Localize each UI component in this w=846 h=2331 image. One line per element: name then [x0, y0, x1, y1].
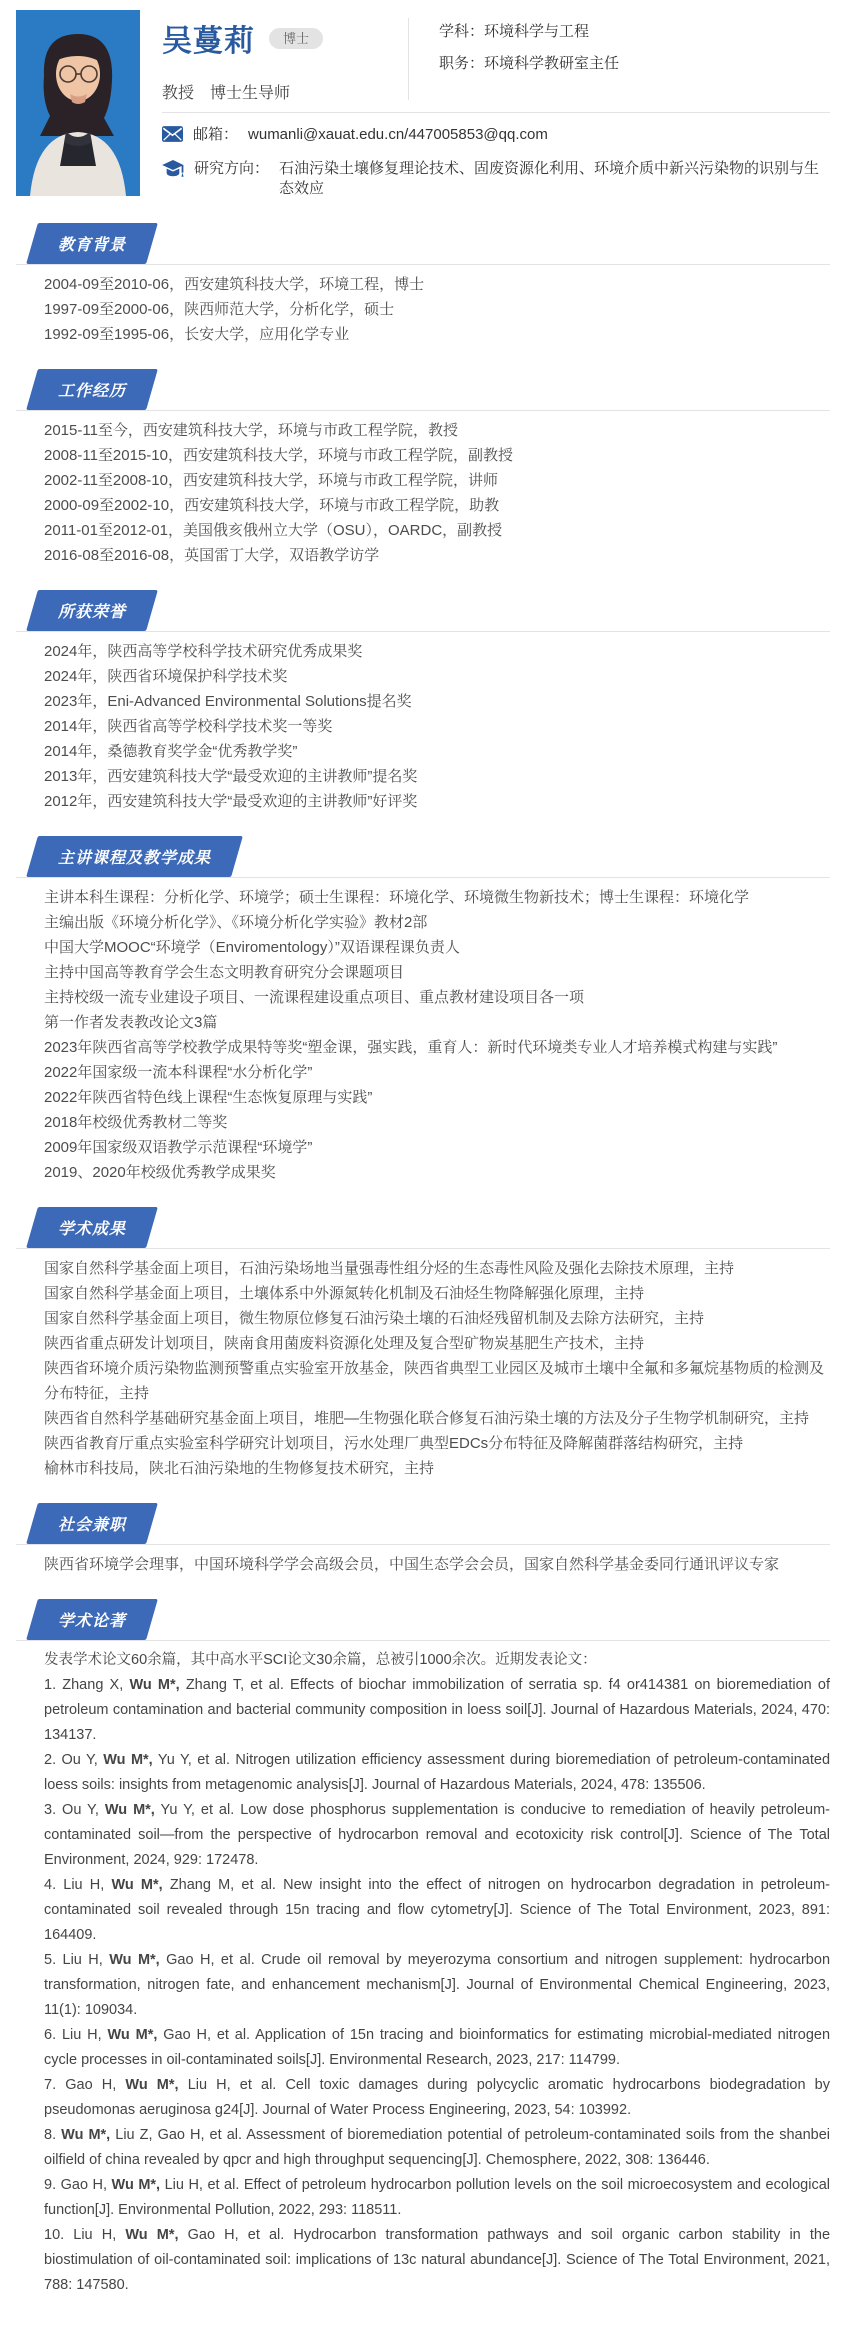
section-academic-header: 学术成果 — [16, 1207, 830, 1249]
teaching-item: 第一作者发表教改论文3篇 — [44, 1010, 830, 1035]
academic-item: 陕西省自然科学基础研究基金面上项目，堆肥—生物强化联合修复石油污染土壤的方法及分… — [44, 1406, 830, 1431]
section-academic: 学术成果 国家自然科学基金面上项目，石油污染场地当量强毒性组分烃的生态毒性风险及… — [16, 1207, 830, 1490]
section-teaching-title: 主讲课程及教学成果 — [58, 845, 211, 868]
teaching-item: 中国大学MOOC“环境学（Enviromentology）”双语课程课负责人 — [44, 935, 830, 960]
envelope-icon — [162, 126, 183, 148]
social-item: 陕西省环境学会理事，中国环境科学学会高级会员，中国生态学会会员，国家自然科学基金… — [44, 1552, 830, 1577]
publication-item: 2. Ou Y, Wu M*, Yu Y, et al. Nitrogen ut… — [44, 1748, 830, 1798]
section-work-badge: 工作经历 — [26, 369, 158, 410]
profile-photo — [16, 10, 140, 196]
section-teaching: 主讲课程及教学成果 主讲本科生课程：分析化学、环境学；硕士生课程：环境化学、环境… — [16, 836, 830, 1194]
faculty-profile-page: 吴蔓莉 博士 教授 博士生导师 学科：环境科学与工程 职务：环境科学教研室主任 — [0, 0, 846, 2331]
graduation-cap-icon — [162, 160, 184, 185]
subject-row: 学科：环境科学与工程 — [439, 20, 619, 41]
honor-item: 2013年，西安建筑科技大学“最受欢迎的主讲教师”提名奖 — [44, 764, 830, 789]
profile-header: 吴蔓莉 博士 教授 博士生导师 学科：环境科学与工程 职务：环境科学教研室主任 — [16, 10, 830, 210]
teaching-item: 2023年陕西省高等学校教学成果特等奖“塑金课，强实践，重育人：新时代环境类专业… — [44, 1035, 830, 1060]
academic-list: 国家自然科学基金面上项目，石油污染场地当量强毒性组分烃的生态毒性风险及强化去除技… — [16, 1249, 830, 1490]
education-item: 1992-09至1995-06，长安大学，应用化学专业 — [44, 322, 830, 347]
teaching-item: 2022年陕西省特色线上课程“生态恢复原理与实践” — [44, 1085, 830, 1110]
teaching-item: 主编出版《环境分析化学》、《环境分析化学实验》教材2部 — [44, 910, 830, 935]
subject-label: 学科： — [439, 23, 484, 40]
research-row: 研究方向： 石油污染土壤修复理论技术、固废资源化利用、环境介质中新兴污染物的识别… — [162, 159, 830, 199]
work-list: 2015-11至今，西安建筑科技大学，环境与市政工程学院，教授2008-11至2… — [16, 411, 830, 577]
work-item: 2011-01至2012-01，美国俄亥俄州立大学（OSU），OARDC，副教授 — [44, 518, 830, 543]
publications-intro: 发表学术论文60余篇，其中高水平SCI论文30余篇，总被引1000余次。近期发表… — [44, 1648, 830, 1673]
position-row: 职务：环境科学教研室主任 — [439, 52, 619, 73]
position-value: 环境科学教研室主任 — [484, 55, 619, 72]
publication-item: 9. Gao H, Wu M*, Liu H, et al. Effect of… — [44, 2173, 830, 2223]
honor-item: 2024年，陕西高等学校科学技术研究优秀成果奖 — [44, 639, 830, 664]
work-item: 2008-11至2015-10，西安建筑科技大学，环境与市政工程学院，副教授 — [44, 443, 830, 468]
section-education: 教育背景 2004-09至2010-06，西安建筑科技大学，环境工程，博士199… — [16, 223, 830, 356]
teaching-item: 2009年国家级双语教学示范课程“环境学” — [44, 1135, 830, 1160]
publication-item: 10. Liu H, Wu M*, Gao H, et al. Hydrocar… — [44, 2223, 830, 2298]
name-block: 吴蔓莉 博士 教授 博士生导师 — [162, 12, 408, 104]
work-item: 2016-08至2016-08，英国雷丁大学，双语教学访学 — [44, 543, 830, 568]
header-top-row: 吴蔓莉 博士 教授 博士生导师 学科：环境科学与工程 职务：环境科学教研室主任 — [162, 12, 830, 104]
publication-item: 1. Zhang X, Wu M*, Zhang T, et al. Effec… — [44, 1673, 830, 1748]
section-teaching-header: 主讲课程及教学成果 — [16, 836, 830, 878]
teaching-item: 主持中国高等教育学会生态文明教育研究分会课题项目 — [44, 960, 830, 985]
academic-item: 国家自然科学基金面上项目，微生物原位修复石油污染土壤的石油烃残留机制及去除方法研… — [44, 1306, 830, 1331]
teaching-item: 2018年校级优秀教材二等奖 — [44, 1110, 830, 1135]
honor-item: 2024年，陕西省环境保护科学技术奖 — [44, 664, 830, 689]
section-social-title: 社会兼职 — [58, 1512, 126, 1535]
publication-item: 7. Gao H, Wu M*, Liu H, et al. Cell toxi… — [44, 2073, 830, 2123]
section-education-header: 教育背景 — [16, 223, 830, 265]
publications-block: 发表学术论文60余篇，其中高水平SCI论文30余篇，总被引1000余次。近期发表… — [16, 1641, 830, 2307]
academic-item: 陕西省环境介质污染物监测预警重点实验室开放基金，陕西省典型工业园区及城市土壤中全… — [44, 1356, 830, 1406]
section-education-badge: 教育背景 — [26, 223, 158, 264]
section-honors-badge: 所获荣誉 — [26, 590, 158, 631]
publication-item: 6. Liu H, Wu M*, Gao H, et al. Applicati… — [44, 2023, 830, 2073]
header-horizontal-divider — [162, 112, 830, 113]
academic-item: 国家自然科学基金面上项目，石油污染场地当量强毒性组分烃的生态毒性风险及强化去除技… — [44, 1256, 830, 1281]
research-value: 石油污染土壤修复理论技术、固废资源化利用、环境介质中新兴污染物的识别与生态效应 — [279, 159, 830, 199]
section-academic-title: 学术成果 — [58, 1216, 126, 1239]
publication-item: 8. Wu M*, Liu Z, Gao H, et al. Assessmen… — [44, 2123, 830, 2173]
section-social-badge: 社会兼职 — [26, 1503, 158, 1544]
work-item: 2000-09至2002-10，西安建筑科技大学，环境与市政工程学院，助教 — [44, 493, 830, 518]
section-academic-badge: 学术成果 — [26, 1207, 158, 1248]
section-honors-title: 所获荣誉 — [58, 599, 126, 622]
honor-item: 2014年，陕西省高等学校科学技术奖一等奖 — [44, 714, 830, 739]
academic-item: 榆林市科技局，陕北石油污染地的生物修复技术研究，主持 — [44, 1456, 830, 1481]
academic-item: 国家自然科学基金面上项目，土壤体系中外源氮转化机制及石油烃生物降解强化原理，主持 — [44, 1281, 830, 1306]
person-titles: 教授 博士生导师 — [162, 80, 408, 103]
email-value: wumanli@xauat.edu.cn/447005853@qq.com — [248, 125, 548, 145]
section-publications-title: 学术论著 — [58, 1608, 126, 1631]
section-work: 工作经历 2015-11至今，西安建筑科技大学，环境与市政工程学院，教授2008… — [16, 369, 830, 577]
section-honors: 所获荣誉 2024年，陕西高等学校科学技术研究优秀成果奖2024年，陕西省环境保… — [16, 590, 830, 823]
work-item: 2002-11至2008-10，西安建筑科技大学，环境与市政工程学院，讲师 — [44, 468, 830, 493]
publication-item: 3. Ou Y, Wu M*, Yu Y, et al. Low dose ph… — [44, 1798, 830, 1873]
section-social-header: 社会兼职 — [16, 1503, 830, 1545]
section-teaching-badge: 主讲课程及教学成果 — [26, 836, 243, 877]
subject-value: 环境科学与工程 — [484, 23, 589, 40]
section-honors-header: 所获荣誉 — [16, 590, 830, 632]
academic-item: 陕西省教育厅重点实验室科学研究计划项目，污水处理厂典型EDCs分布特征及降解菌群… — [44, 1431, 830, 1456]
email-label: 邮箱： — [193, 125, 238, 145]
section-work-header: 工作经历 — [16, 369, 830, 411]
meta-block: 学科：环境科学与工程 职务：环境科学教研室主任 — [409, 12, 619, 104]
header-info: 吴蔓莉 博士 教授 博士生导师 学科：环境科学与工程 职务：环境科学教研室主任 — [162, 10, 830, 210]
honor-item: 2014年，桑德教育奖学金“优秀教学奖” — [44, 739, 830, 764]
section-work-title: 工作经历 — [58, 378, 126, 401]
teaching-item: 2019、2020年校级优秀教学成果奖 — [44, 1160, 830, 1185]
teaching-item: 主持校级一流专业建设子项目、一流课程建设重点项目、重点教材建设项目各一项 — [44, 985, 830, 1010]
section-social: 社会兼职 陕西省环境学会理事，中国环境科学学会高级会员，中国生态学会会员，国家自… — [16, 1503, 830, 1586]
honors-list: 2024年，陕西高等学校科学技术研究优秀成果奖2024年，陕西省环境保护科学技术… — [16, 632, 830, 823]
publications-list: 1. Zhang X, Wu M*, Zhang T, et al. Effec… — [44, 1673, 830, 2298]
publication-item: 5. Liu H, Wu M*, Gao H, et al. Crude oil… — [44, 1948, 830, 2023]
education-item: 1997-09至2000-06，陕西师范大学，分析化学，硕士 — [44, 297, 830, 322]
research-label: 研究方向： — [194, 159, 269, 179]
section-education-title: 教育背景 — [58, 232, 126, 255]
publication-item: 4. Liu H, Wu M*, Zhang M, et al. New ins… — [44, 1873, 830, 1948]
position-label: 职务： — [439, 55, 484, 72]
social-list: 陕西省环境学会理事，中国环境科学学会高级会员，中国生态学会会员，国家自然科学基金… — [16, 1545, 830, 1586]
section-publications: 学术论著 发表学术论文60余篇，其中高水平SCI论文30余篇，总被引1000余次… — [16, 1599, 830, 2307]
degree-badge: 博士 — [269, 28, 323, 49]
teaching-item: 2022年国家级一流本科课程“水分析化学” — [44, 1060, 830, 1085]
honor-item: 2012年，西安建筑科技大学“最受欢迎的主讲教师”好评奖 — [44, 789, 830, 814]
teaching-item: 主讲本科生课程：分析化学、环境学；硕士生课程：环境化学、环境微生物新技术；博士生… — [44, 885, 830, 910]
honor-item: 2023年，Eni-Advanced Environmental Solutio… — [44, 689, 830, 714]
email-row: 邮箱： wumanli@xauat.edu.cn/447005853@qq.co… — [162, 125, 830, 148]
education-item: 2004-09至2010-06，西安建筑科技大学，环境工程，博士 — [44, 272, 830, 297]
person-name: 吴蔓莉 — [162, 16, 255, 60]
education-list: 2004-09至2010-06，西安建筑科技大学，环境工程，博士1997-09至… — [16, 265, 830, 356]
section-publications-header: 学术论著 — [16, 1599, 830, 1641]
section-publications-badge: 学术论著 — [26, 1599, 158, 1640]
academic-item: 陕西省重点研发计划项目，陕南食用菌废料资源化处理及复合型矿物炭基肥生产技术，主持 — [44, 1331, 830, 1356]
work-item: 2015-11至今，西安建筑科技大学，环境与市政工程学院，教授 — [44, 418, 830, 443]
teaching-list: 主讲本科生课程：分析化学、环境学；硕士生课程：环境化学、环境微生物新技术；博士生… — [16, 878, 830, 1194]
